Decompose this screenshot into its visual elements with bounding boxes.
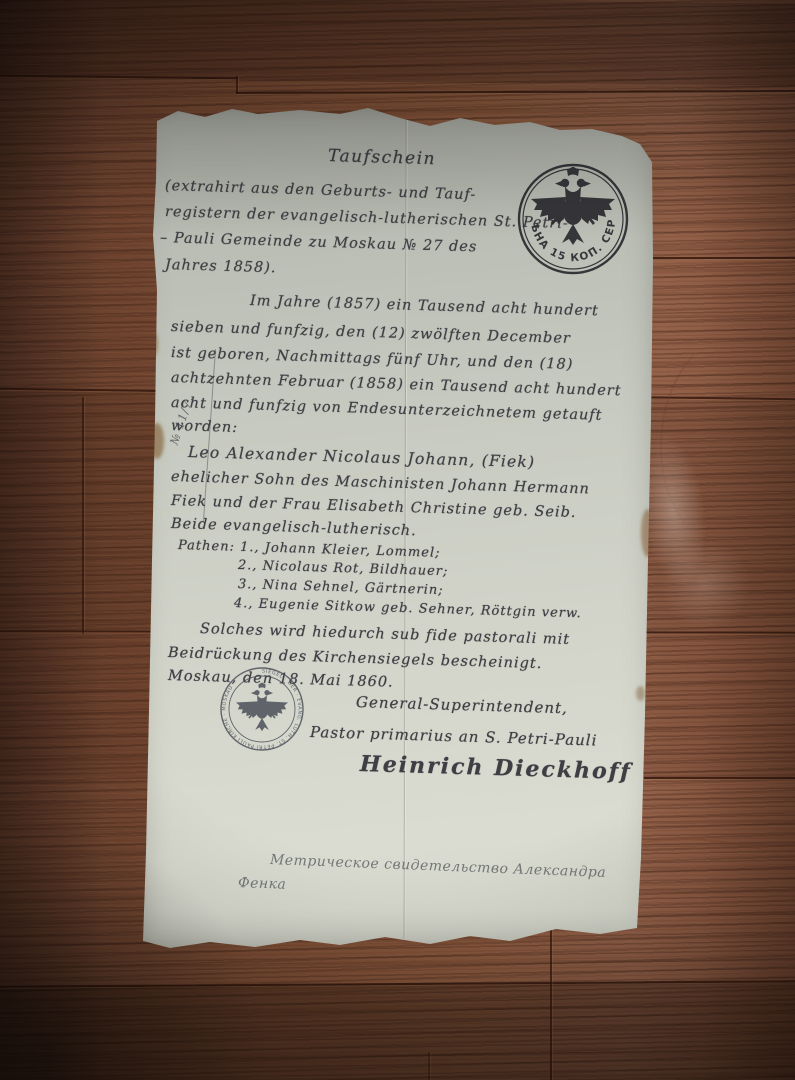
plank-joint (82, 397, 84, 634)
plank-joint (428, 1052, 430, 1080)
godparent-line: 4., Eugenie Sitkow geb. Sehner, Röttgin … (234, 597, 582, 620)
plank-joint (550, 930, 552, 1080)
pencil-note-line: Метрическое свидетельство Александра (270, 852, 607, 881)
plank-joint (644, 777, 795, 779)
revenue-stamp: ЦѢНА 15 КОП. СЕР. (515, 161, 631, 277)
body-line: achtzehnten Februar (1858) ein Tausend a… (171, 371, 622, 399)
officiant-line: General-Superintendent, (356, 695, 568, 716)
godparent-line: 3., Nina Sehnel, Gärtnerin; (238, 578, 444, 597)
child-name-line: Leo Alexander Nicolaus Johann, (Fiek) (188, 445, 536, 471)
attestation-line: Solches wird hiedurch sub fide pastorali… (200, 622, 570, 647)
pencil-note-line: Фенка (238, 875, 287, 893)
body-line: ist geboren, Nachmittags fünf Uhr, und d… (171, 346, 574, 372)
godparent-line: Pathen: 1., Johann Kleier, Lommel; (178, 539, 441, 560)
document-title: Taufschein (328, 148, 437, 168)
parents-line: ehelicher Sohn des Maschinisten Johann H… (171, 470, 590, 497)
plank-joint (646, 257, 795, 259)
preamble-line: registern der evangelisch-lutherischen S… (165, 205, 569, 231)
officiant-line: Pastor primarius an S. Petri-Pauli (310, 725, 598, 749)
parents-line: Beide evangelisch-lutherisch. (171, 517, 417, 539)
parents-line: Fiek und der Frau Elisabeth Christine ge… (171, 494, 577, 521)
church-seal: SIEGEL · DER · EVANG. LUTH. ST. PETRI PA… (218, 665, 306, 753)
body-line: Im Jahre (1857) ein Tausend acht hundert (250, 294, 599, 319)
paper-document: Taufschein (extrahirt aus den Geburts- u… (138, 103, 655, 950)
body-line: sieben und funfzig, den (12) zwölften De… (171, 320, 571, 346)
preamble-line: – Pauli Gemeinde zu Moskau № 27 des (160, 231, 478, 255)
preamble-line: (extrahirt aus den Geburts- und Tauf- (165, 179, 477, 203)
stain (636, 686, 645, 701)
preamble-line: Jahres 1858). (165, 258, 277, 276)
signature: Heinrich Dieckhoff (360, 753, 632, 783)
godparent-line: 2., Nicolaus Rot, Bildhauer; (238, 559, 449, 578)
body-line: worden: (171, 419, 239, 435)
